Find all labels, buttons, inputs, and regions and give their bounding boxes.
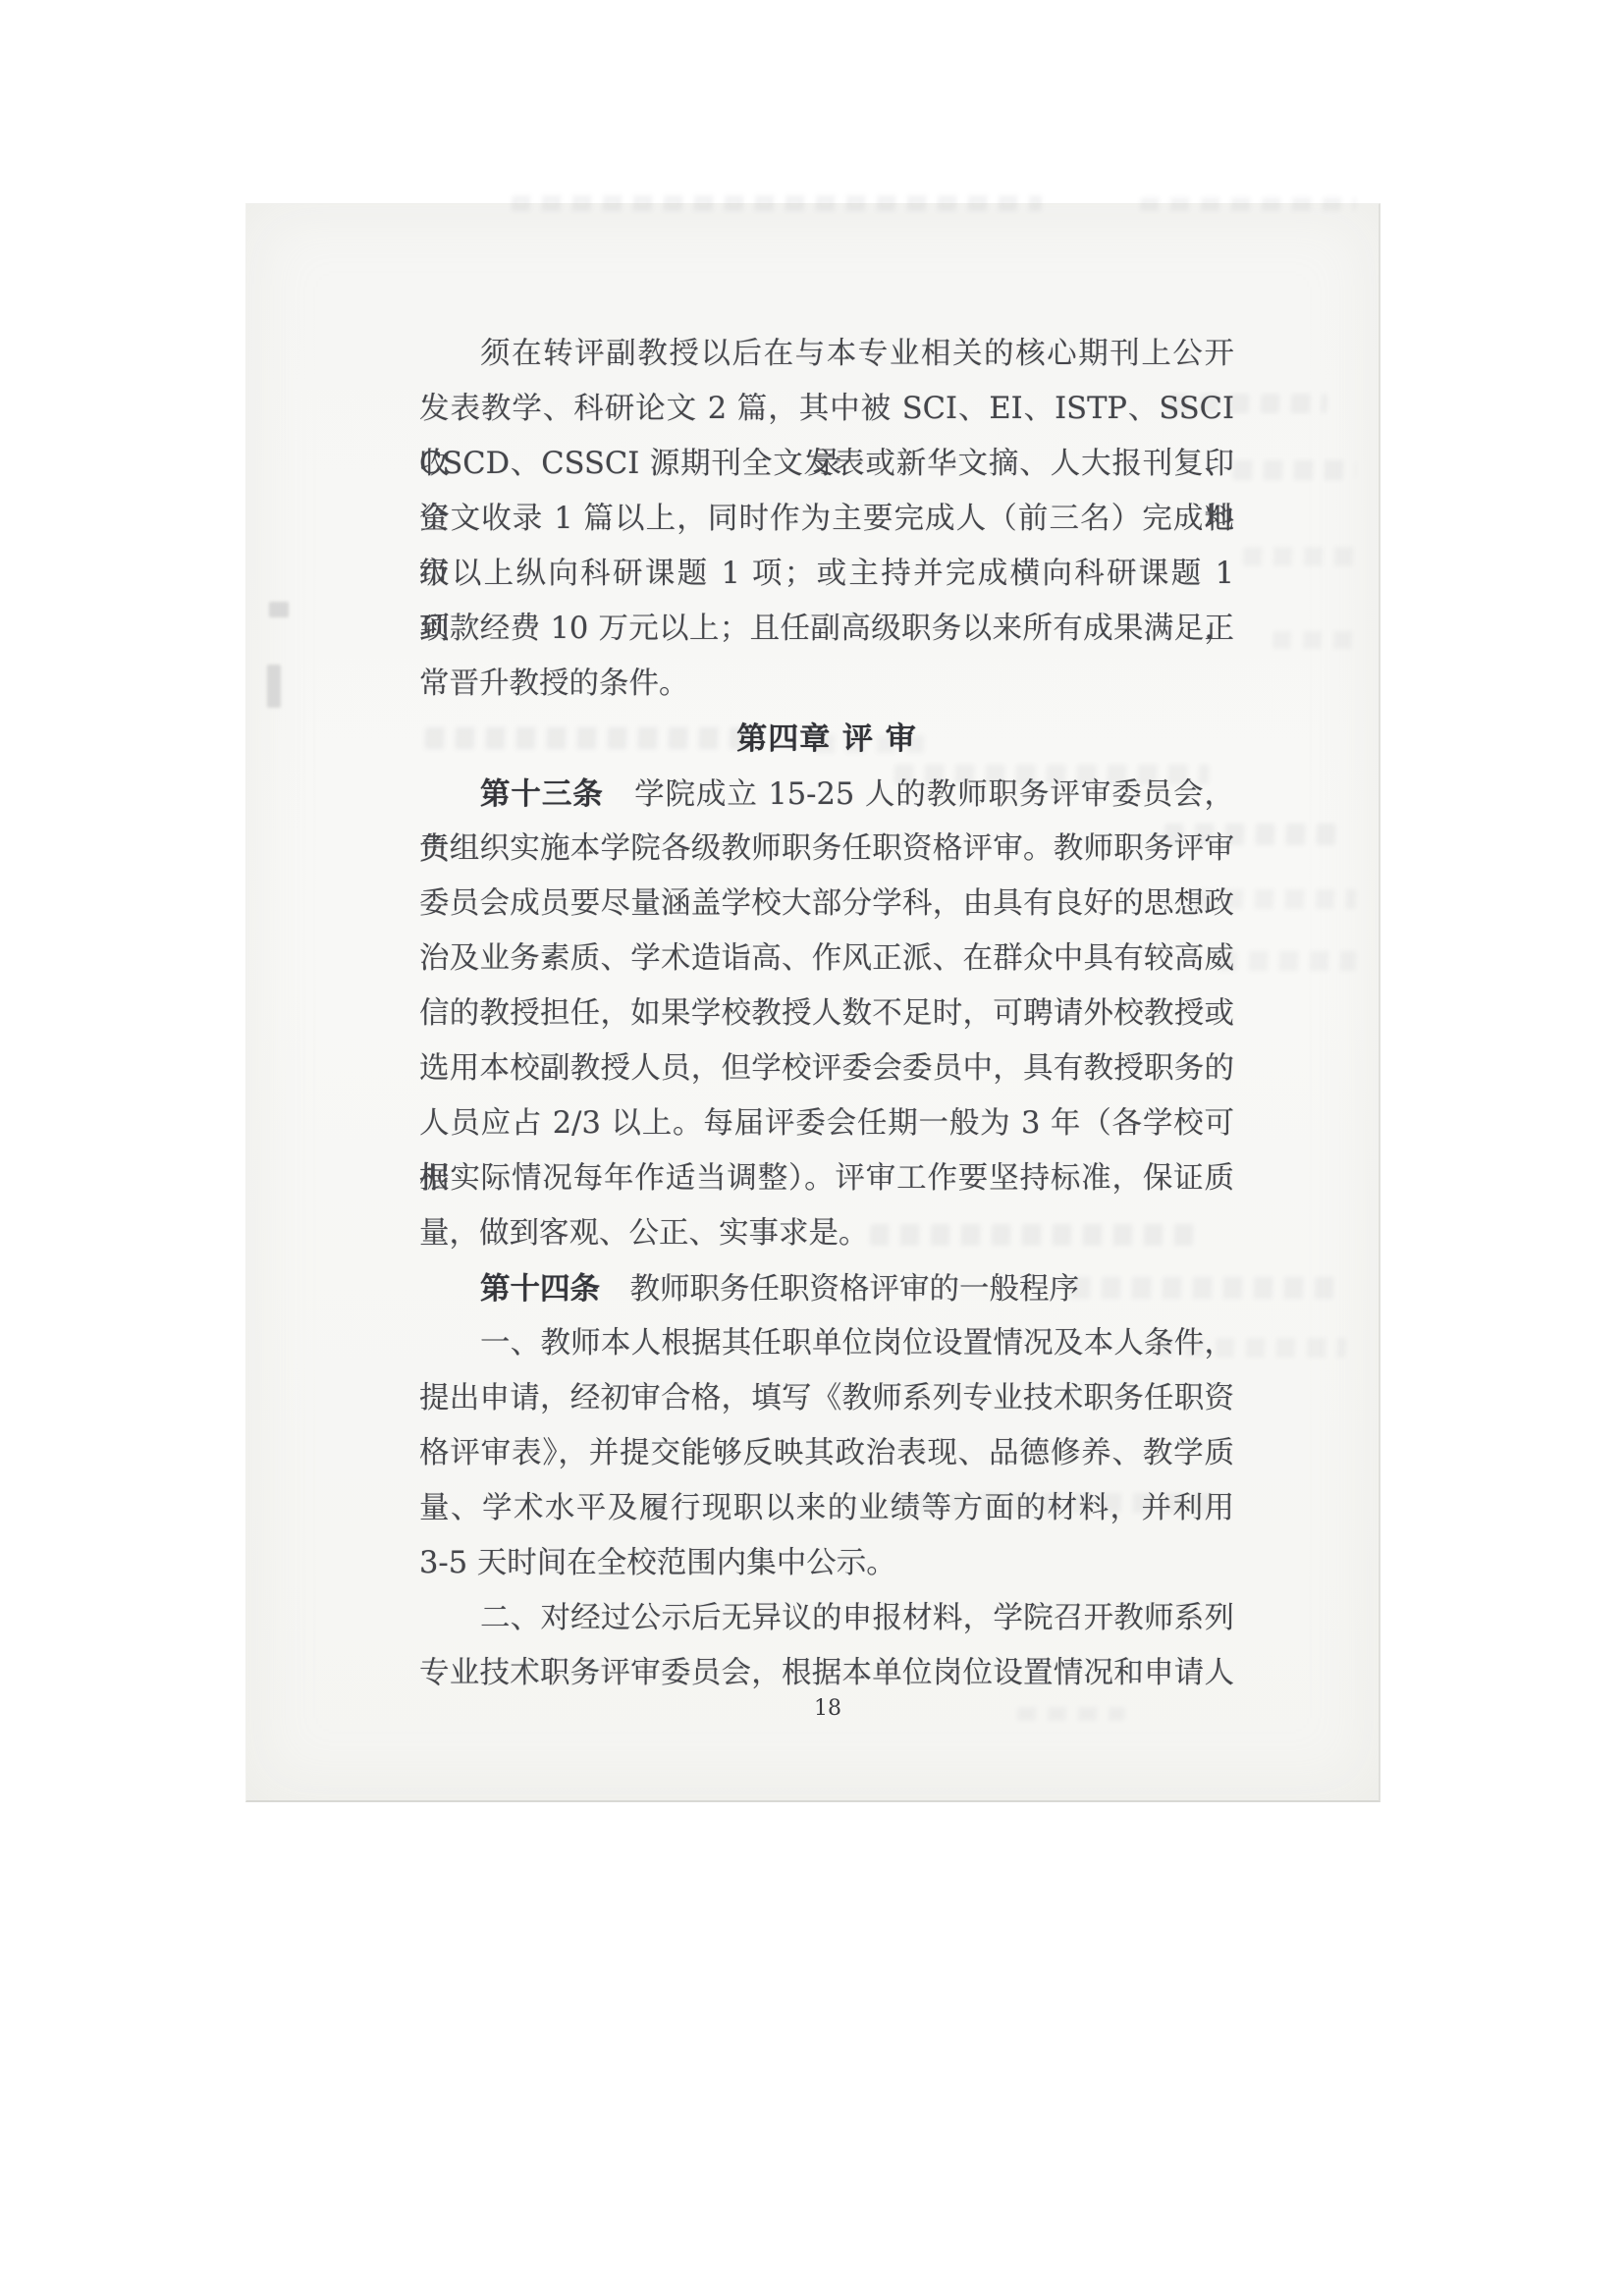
bleed-through-mark xyxy=(1233,460,1357,480)
text-line: 据实际情况每年作适当调整）。评审工作要坚持标准，保证质 xyxy=(419,1151,1234,1206)
line-text: 格评审表》，并提交能够反映其政治表现、品德修养、教学质 xyxy=(419,1436,1234,1470)
line-text: 委员会成员要尽量涵盖学校大部分学科，由具有良好的思想政 xyxy=(419,886,1234,921)
line-text: 据实际情况每年作适当调整）。评审工作要坚持标准，保证质 xyxy=(419,1161,1234,1196)
line-text: 到款经费 10 万元以上；且任副高级职务以来所有成果满足正 xyxy=(419,612,1234,646)
bleed-through-mark xyxy=(512,195,1043,211)
text-line: 人员应占 2/3 以上。每届评委会任期一般为 3 年（各学校可根 xyxy=(419,1096,1234,1151)
line-text: 责组织实施本学院各级教师职务任职资格评审。教师职务评审 xyxy=(419,831,1234,866)
line-text: 教师职务任职资格评审的一般程序 xyxy=(600,1272,1079,1307)
line-text: 须在转评副教授以后在与本专业相关的核心期刊上公开 xyxy=(480,337,1234,371)
page-background: { "page": { "page_number": "18", "colors… xyxy=(0,0,1624,2296)
text-line: 责组织实施本学院各级教师职务任职资格评审。教师职务评审 xyxy=(419,822,1234,877)
bleed-through-mark xyxy=(1218,951,1357,971)
line-text: 3-5 天时间在全校范围内集中公示。 xyxy=(419,1546,896,1580)
line-text: 治及业务素质、学术造诣高、作风正派、在群众中具有较高威 xyxy=(419,941,1234,976)
line-text: 量、学术水平及履行现职以来的业绩等方面的材料，并利用 xyxy=(419,1491,1234,1525)
text-line: 3-5 天时间在全校范围内集中公示。 xyxy=(419,1536,1234,1591)
scan-edge-smudge xyxy=(267,665,281,708)
text-line: 全文收录 1 篇以上，同时作为主要完成人（前三名）完成地市 xyxy=(419,492,1234,547)
text-line: 治及业务素质、学术造诣高、作风正派、在群众中具有较高威 xyxy=(419,932,1234,987)
text-line: 委员会成员要尽量涵盖学校大部分学科，由具有良好的思想政 xyxy=(419,877,1234,932)
text-line: 到款经费 10 万元以上；且任副高级职务以来所有成果满足正 xyxy=(419,602,1234,657)
text-line: 一、教师本人根据其任职单位岗位设置情况及本人条件， xyxy=(419,1316,1234,1371)
line-text: 信的教授担任，如果学校教授人数不足时，可聘请外校教授或 xyxy=(419,996,1234,1031)
text-line: 二、对经过公示后无异议的申报材料，学院召开教师系列 xyxy=(419,1591,1234,1646)
text-line: 常晋升教授的条件。 xyxy=(419,657,1234,712)
text-line: 专业技术职务评审委员会，根据本单位岗位设置情况和申请人 xyxy=(419,1646,1234,1701)
article-number-label: 第十四条 xyxy=(480,1271,600,1307)
text-line: 第十四条 教师职务任职资格评审的一般程序 xyxy=(419,1261,1234,1316)
text-line: 提出申请，经初审合格，填写《教师系列专业技术职务任职资 xyxy=(419,1371,1234,1426)
line-text: 量，做到客观、公正、实事求是。 xyxy=(419,1216,869,1251)
text-line: 须在转评副教授以后在与本专业相关的核心期刊上公开 xyxy=(419,327,1234,382)
text-block: 须在转评副教授以后在与本专业相关的核心期刊上公开发表教学、科研论文 2 篇，其中… xyxy=(419,327,1234,1701)
text-line: 量、学术水平及履行现职以来的业绩等方面的材料，并利用 xyxy=(419,1481,1234,1536)
text-line: 量，做到客观、公正、实事求是。 xyxy=(419,1206,1234,1261)
text-line: 信的教授担任，如果学校教授人数不足时，可聘请外校教授或 xyxy=(419,987,1234,1041)
bleed-through-mark xyxy=(1243,547,1357,566)
line-text: 第四章 评 审 xyxy=(736,721,917,757)
line-text: 一、教师本人根据其任职单位岗位设置情况及本人条件， xyxy=(480,1326,1234,1361)
chapter-heading: 第四章 评 审 xyxy=(419,712,1234,767)
line-text: 提出申请，经初审合格，填写《教师系列专业技术职务任职资 xyxy=(419,1381,1234,1415)
bleed-through-mark xyxy=(1017,1707,1125,1721)
text-line: 第十三条 学院成立 15-25 人的教师职务评审委员会，负 xyxy=(419,767,1234,822)
line-text: 选用本校副教授人员，但学校评委会委员中，具有教授职务的 xyxy=(419,1051,1234,1086)
text-line: 发表教学、科研论文 2 篇，其中被 SCI、EI、ISTP、SSCI 收录、 xyxy=(419,382,1234,437)
line-text: 专业技术职务评审委员会，根据本单位岗位设置情况和申请人 xyxy=(419,1656,1234,1690)
line-text: 二、对经过公示后无异议的申报材料，学院召开教师系列 xyxy=(480,1601,1234,1635)
text-line: 级以上纵向科研课题 1 项；或主持并完成横向科研课题 1 项， xyxy=(419,547,1234,602)
bleed-through-mark xyxy=(1140,197,1356,211)
line-text: 常晋升教授的条件。 xyxy=(419,667,689,701)
article-number-label: 第十三条 xyxy=(480,776,604,812)
text-line: 选用本校副教授人员，但学校评委会委员中，具有教授职务的 xyxy=(419,1041,1234,1096)
text-line: 格评审表》，并提交能够反映其政治表现、品德修养、教学质 xyxy=(419,1426,1234,1481)
bleed-through-mark xyxy=(1272,631,1357,649)
scan-edge-smudge xyxy=(269,602,289,617)
text-line: CSCD、CSSCI 源期刊全文发表或新华文摘、人大报刊复印资料 xyxy=(419,437,1234,492)
page-number: 18 xyxy=(808,1696,847,1721)
